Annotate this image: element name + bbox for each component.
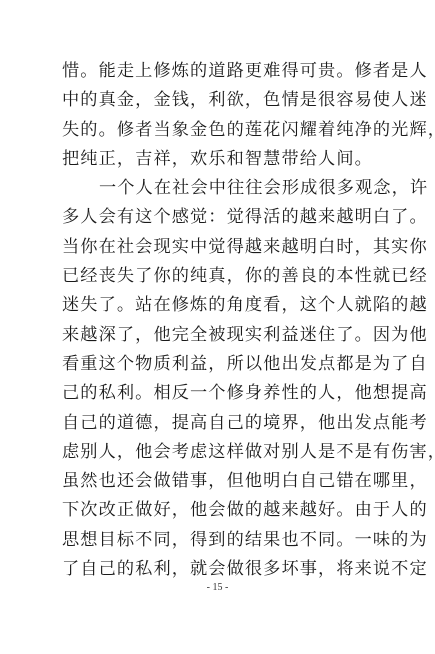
text-line: 看重这个物质利益，所以他出发点都是为了自 xyxy=(62,350,378,379)
text-line: 失的。修者当象金色的莲花闪耀着纯净的光辉， xyxy=(62,116,378,145)
text-line: 迷失了。站在修炼的角度看，这个人就陷的越 xyxy=(62,291,378,320)
text-line: 已经丧失了你的纯真，你的善良的本性就已经 xyxy=(62,262,378,291)
text-line: 下次改正做好，他会做的越来越好。由于人的 xyxy=(62,496,378,525)
paragraph-start-line: 一个人在社会中往往会形成很多观念，许 xyxy=(62,174,378,203)
text-line: 惜。能走上修炼的道路更难得可贵。修者是人 xyxy=(62,57,378,86)
text-line: 把纯正，吉祥，欢乐和智慧带给人间。 xyxy=(62,145,378,174)
text-line: 了自己的私利，就会做很多坏事，将来说不定 xyxy=(62,555,378,584)
text-line: 中的真金，金钱，利欲，色情是很容易使人迷 xyxy=(62,86,378,115)
page-number: - 15 - xyxy=(0,582,435,593)
text-line: 己的私利。相反一个修身养性的人，他想提高 xyxy=(62,379,378,408)
text-line: 虑别人，他会考虑这样做对别人是不是有伤害， xyxy=(62,438,378,467)
text-line: 思想目标不同，得到的结果也不同。一味的为 xyxy=(62,526,378,555)
text-line: 自己的道德，提高自己的境界，他出发点能考 xyxy=(62,409,378,438)
text-line: 来越深了，他完全被现实利益迷住了。因为他 xyxy=(62,321,378,350)
text-line: 虽然也还会做错事，但他明白自己错在哪里， xyxy=(62,467,378,496)
text-line: 当你在社会现实中觉得越来越明白时，其实你 xyxy=(62,233,378,262)
document-body: 惜。能走上修炼的道路更难得可贵。修者是人 中的真金，金钱，利欲，色情是很容易使人… xyxy=(62,57,378,584)
text-line: 多人会有这个感觉：觉得活的越来越明白了。 xyxy=(62,203,378,232)
